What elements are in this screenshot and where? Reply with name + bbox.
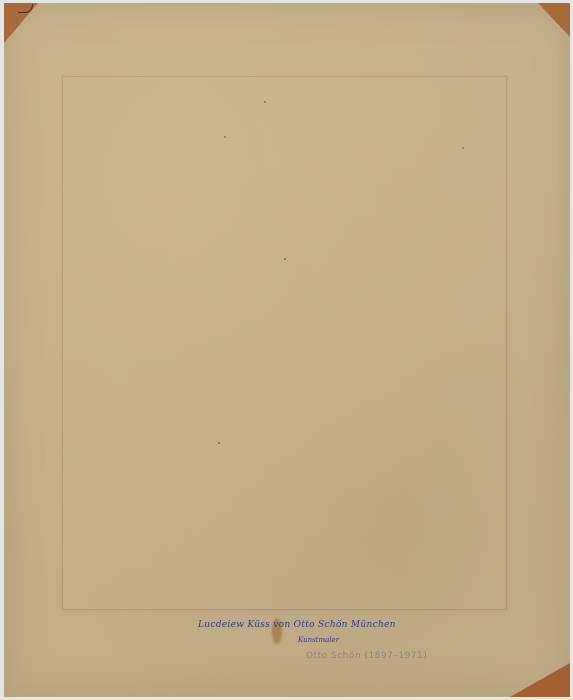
speck: [224, 136, 226, 138]
speck: [284, 258, 286, 260]
speck: [462, 147, 464, 149]
pencil-note: Otto Schön (1897–1971): [306, 651, 427, 661]
handwritten-inscription-line2: Kunstmaler: [298, 636, 339, 644]
speck: [218, 442, 220, 444]
handwritten-inscription: Lucdeiew Küss von Otto Schön München: [198, 620, 396, 630]
plate-mark: [62, 76, 507, 610]
speck: [264, 101, 266, 103]
